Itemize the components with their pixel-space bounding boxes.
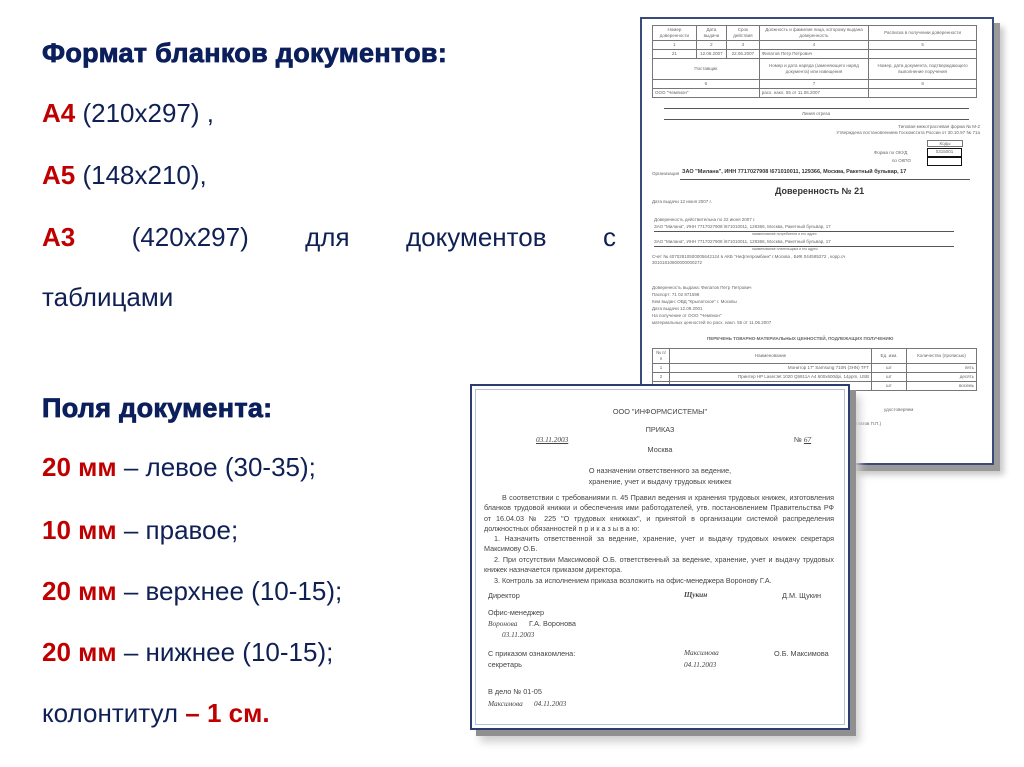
- table-cell: десять: [907, 373, 977, 382]
- margins-heading: Поля документа:: [42, 393, 272, 424]
- table-cell: 6: [653, 80, 760, 89]
- format-word: с: [603, 222, 616, 253]
- table-cell: Номер доверенности: [653, 26, 697, 41]
- table-cell: Срок действия: [727, 26, 760, 41]
- order-date: 03.11.2003: [536, 435, 568, 444]
- table-cell: Номер и дата наряда (заменяющего наряд д…: [759, 59, 868, 80]
- margin-top: 20 мм – верхнее (10-15);: [42, 576, 342, 607]
- margin-text: – правое;: [117, 515, 239, 545]
- format-a3-continuation: таблицами: [42, 282, 173, 313]
- format-code: А5: [42, 160, 75, 190]
- table-cell: 7: [759, 80, 868, 89]
- okud-label: Форма по ОКУД: [874, 150, 907, 155]
- table-cell: [869, 89, 977, 98]
- payer-caption: наименование плательщика и его адрес: [752, 247, 818, 251]
- table-cell: шт: [872, 364, 907, 373]
- director-signature: Щукин: [684, 590, 707, 599]
- issued-by: Кем выдан: ОВД "Крылатское" г. Москвы: [652, 299, 737, 304]
- format-word: для: [305, 222, 349, 253]
- office-manager-label: Офис-менеджер: [488, 608, 544, 617]
- margin-text: – левое (30-35);: [117, 452, 316, 482]
- format-code: А3: [42, 222, 75, 253]
- payer: ЗАО "Милана", ИНН 7717027908 \671010011,…: [654, 239, 831, 244]
- footer-value: – 1 см.: [185, 698, 269, 728]
- consumer: ЗАО "Милана", ИНН 7717027908 \671010011,…: [654, 224, 831, 229]
- okpo-label: по ОКПО: [892, 158, 911, 163]
- codes-label: Коды: [927, 140, 963, 147]
- footer-label: колонтитул: [42, 698, 185, 728]
- table-cell: ООО "Чемпион": [653, 89, 760, 98]
- margin-text: – нижнее (10-15);: [117, 637, 334, 667]
- footer-line: колонтитул – 1 см.: [42, 698, 270, 729]
- table-cell: 4: [759, 41, 868, 50]
- acknowledged-label: С приказом ознакомлена:: [488, 649, 575, 658]
- format-code: А4: [42, 98, 75, 128]
- table-cell: шт: [872, 382, 907, 391]
- order-item-2: 2. При отсутствии Максимовой О.Б. ответс…: [484, 555, 834, 576]
- acknowledged-signature: Максимова: [684, 648, 719, 657]
- table-cell: 1: [653, 364, 670, 373]
- table-cell: расх. накл. 55 от 11.06.2007: [759, 89, 868, 98]
- margin-value: 10 мм: [42, 515, 117, 545]
- org-value: ЗАО "Милана", ИНН 7717027908 \671010011,…: [682, 169, 906, 175]
- acknowledged-role: секретарь: [488, 660, 522, 669]
- margin-text: – верхнее (10-15);: [117, 576, 343, 606]
- table-cell: Принтер HP LaserJet 1020 Q5911A A4 600x6…: [670, 373, 872, 382]
- format-a3: А3 (420x297) для документов с: [42, 222, 616, 253]
- subject-line-1: О назначении ответственного за ведение,: [472, 466, 848, 475]
- table-cell: 2: [696, 41, 726, 50]
- table-cell: Номер, дата документа, подтверждающего в…: [869, 59, 977, 80]
- margin-value: 20 мм: [42, 452, 117, 482]
- table-cell: № п/п: [653, 349, 670, 364]
- table-cell: Наименование: [670, 349, 872, 364]
- format-size: (420x297): [132, 222, 249, 253]
- margin-value: 20 мм: [42, 637, 117, 667]
- acknowledged-name: О.Б. Максимова: [774, 649, 829, 658]
- issued-to: Доверенность выдана: Филатов Петр Петров…: [652, 285, 752, 290]
- table-cell: восемь: [907, 382, 977, 391]
- cut-line-label: Линия отреза: [802, 111, 830, 116]
- number-label: №: [794, 435, 802, 444]
- table-cell: Количество (прописью): [907, 349, 977, 364]
- table-cell: Ед. изм.: [872, 349, 907, 364]
- table-cell: 3: [727, 41, 760, 50]
- table-cell: 22.06.2007: [727, 50, 760, 59]
- signature-tail: удостоверяем: [884, 407, 913, 412]
- okud-value: 0315001: [927, 148, 962, 157]
- table-cell: пять: [907, 364, 977, 373]
- form-note: Утверждена постановлением Госкомстата Ро…: [836, 130, 980, 135]
- format-a5: А5 (148x210),: [42, 160, 207, 191]
- table-cell: Монитор 17" Samsung 710N (3HN) TFT: [670, 364, 872, 373]
- order-document: ООО "ИНФОРМСИСТЕМЫ" ПРИКАЗ 03.11.2003 № …: [470, 384, 850, 730]
- order-number: № 67: [794, 435, 811, 444]
- format-a4: А4 (210x297) ,: [42, 98, 214, 129]
- table-cell: 1: [653, 41, 697, 50]
- office-manager-name: Г.А. Воронова: [529, 619, 576, 628]
- table-cell: 2: [653, 373, 670, 382]
- table-cell: шт: [872, 373, 907, 382]
- consumer-caption: наименование потребителя и его адрес: [752, 232, 817, 236]
- format-size: (148x210),: [75, 160, 207, 190]
- director-name: Д.М. Щукин: [782, 591, 821, 600]
- document-title: Доверенность № 21: [775, 186, 864, 196]
- file-label: В дело № 01-05: [488, 687, 542, 696]
- format-size: (210x297) ,: [75, 98, 214, 128]
- issue-date: Дата выдачи 12 июня 2007 г.: [652, 199, 712, 204]
- list-title: ПЕРЕЧЕНЬ ТОВАРНО-МАТЕРИАЛЬНЫХ ЦЕННОСТЕЙ,…: [707, 336, 893, 341]
- acknowledged-date: 04.11.2003: [684, 660, 716, 669]
- office-manager-signature: Воронова: [488, 619, 517, 628]
- director-label: Директор: [488, 591, 520, 600]
- table-cell: Должность и фамилия лица, которому выдан…: [759, 26, 868, 41]
- passport-date: Дата выдачи 12.09.2001: [652, 306, 703, 311]
- margin-bottom: 20 мм – нижнее (10-15);: [42, 637, 333, 668]
- divider: [664, 119, 969, 120]
- file-date: 04.11.2003: [534, 699, 566, 708]
- okpo-value: [927, 157, 962, 166]
- number-value: 67: [804, 435, 811, 444]
- office-manager-date: 03.11.2003: [502, 630, 534, 639]
- divider: [680, 179, 970, 180]
- passport: Паспорт: 71 02 871598: [652, 292, 699, 297]
- org-name: ООО "ИНФОРМСИСТЕМЫ": [472, 407, 848, 416]
- org-label: Организация: [652, 171, 679, 176]
- doc-type: ПРИКАЗ: [472, 425, 848, 434]
- margin-value: 20 мм: [42, 576, 117, 606]
- body-paragraph: В соответствии с требованиями п. 45 Прав…: [484, 493, 834, 535]
- table-cell: 5: [869, 41, 977, 50]
- table-cell: 8: [869, 80, 977, 89]
- divider: [664, 108, 969, 109]
- order-item-1: 1. Назначить ответственной за ведение, х…: [484, 534, 834, 555]
- table-cell: Филатов Петр Петрович: [759, 50, 868, 59]
- form-note: Типовая межотраслевая форма № М-2: [898, 124, 980, 129]
- table-cell: Дата выдачи: [696, 26, 726, 41]
- valid-until: Доверенность действительна по 22 июня 20…: [654, 217, 755, 222]
- formats-heading: Формат бланков документов:: [42, 38, 447, 69]
- values-by: материальных ценностей по расх. накл. 55…: [652, 320, 771, 325]
- margin-right: 10 мм – правое;: [42, 515, 238, 546]
- table-cell: 21: [653, 50, 697, 59]
- margin-left: 20 мм – левое (30-35);: [42, 452, 316, 483]
- city: Москва: [472, 445, 848, 454]
- format-word: документов: [406, 222, 547, 253]
- receive-from: На получение от ООО "Чемпион": [652, 313, 722, 318]
- table-cell: Расписка в получении доверенности: [869, 26, 977, 41]
- table-cell: [869, 50, 977, 59]
- order-item-3: 3. Контроль за исполнением приказа возло…: [484, 576, 834, 586]
- file-signature: Максимова: [488, 699, 523, 708]
- subject-line-2: хранение, учет и выдачу трудовых книжек: [472, 477, 848, 486]
- name-tail: (Филатов П.П.): [850, 421, 881, 426]
- table-cell: Поставщик: [653, 59, 760, 80]
- account: Счет № 40702810500005642124 в АКБ "Нефте…: [652, 254, 845, 259]
- table-cell: 12.06.2007: [696, 50, 726, 59]
- account-corr: 30101810800000000272: [652, 260, 702, 265]
- receipt-table: Номер доверенности Дата выдачи Срок дейс…: [652, 25, 977, 98]
